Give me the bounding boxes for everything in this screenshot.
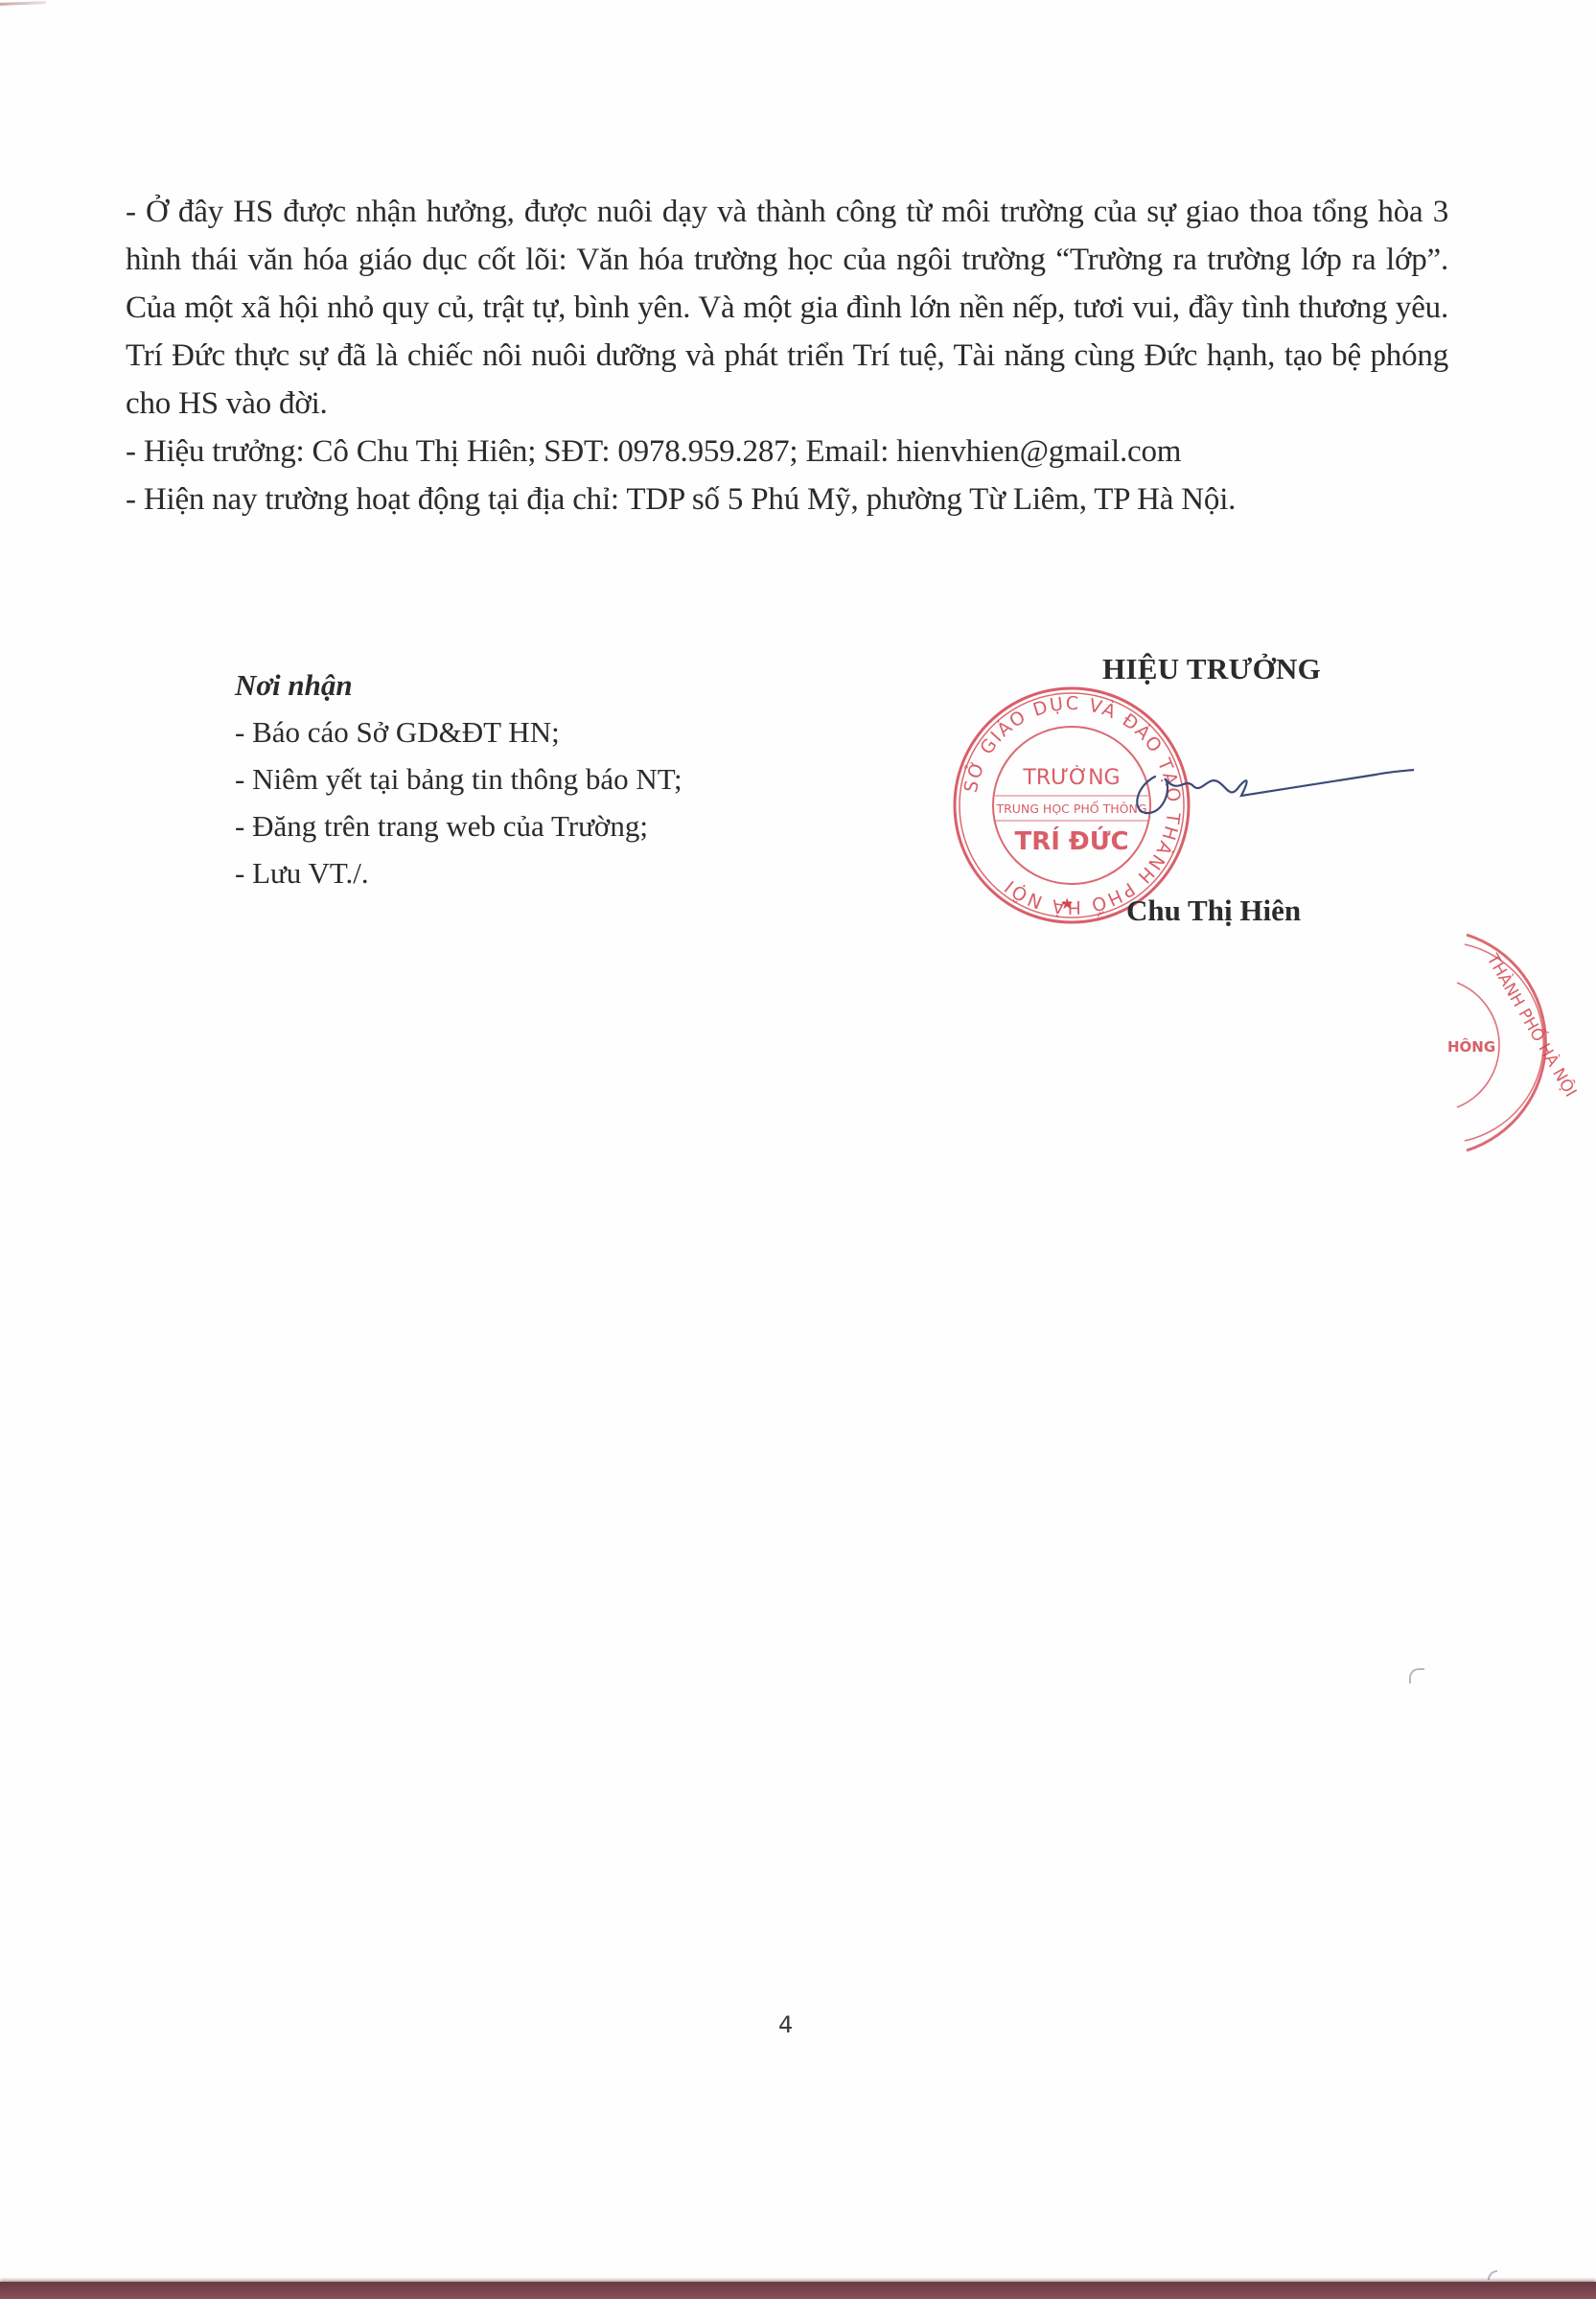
recipient-item: - Niêm yết tại bảng tin thông báo NT; bbox=[235, 755, 682, 802]
svg-text:TRUNG HỌC PHỔ THÔNG: TRUNG HỌC PHỔ THÔNG bbox=[995, 801, 1146, 816]
handwritten-signature-icon bbox=[1126, 757, 1414, 824]
svg-text:TRÍ ĐỨC: TRÍ ĐỨC bbox=[1014, 825, 1128, 856]
page-number: 4 bbox=[778, 2011, 793, 2038]
svg-text:TRƯỜNG: TRƯỜNG bbox=[1022, 765, 1120, 790]
recipient-item: - Đăng trên trang web của Trường; bbox=[235, 802, 682, 849]
page-bottom-edge bbox=[0, 2282, 1596, 2299]
recipients-title: Nơi nhận bbox=[235, 662, 682, 708]
svg-text:HÔNG: HÔNG bbox=[1447, 1037, 1495, 1056]
body-text: - Ở đây HS được nhận hưởng, được nuôi dạ… bbox=[126, 188, 1448, 523]
partial-stamp-icon: HÔNG THÀNH PHỐ HÀ NỘI bbox=[1438, 916, 1596, 1165]
recipient-item: - Lưu VT./. bbox=[235, 849, 682, 896]
scan-speck bbox=[1488, 2270, 1497, 2280]
paragraph-address: - Hiện nay trường hoạt động tại địa chỉ:… bbox=[126, 476, 1448, 523]
document-page: - Ở đây HS được nhận hưởng, được nuôi dạ… bbox=[0, 0, 1596, 2299]
paragraph-school-culture: - Ở đây HS được nhận hưởng, được nuôi dạ… bbox=[126, 188, 1448, 428]
svg-text:★: ★ bbox=[1060, 894, 1074, 913]
scan-speck bbox=[1409, 1668, 1424, 1684]
scan-mark bbox=[0, 1, 46, 6]
signer-name: Chu Thị Hiên bbox=[1126, 894, 1301, 928]
svg-text:THÀNH PHỐ HÀ NỘI: THÀNH PHỐ HÀ NỘI bbox=[1482, 948, 1584, 1101]
recipient-item: - Báo cáo Sở GD&ĐT HN; bbox=[235, 708, 682, 755]
recipients-block: Nơi nhận - Báo cáo Sở GD&ĐT HN; - Niêm y… bbox=[235, 662, 682, 896]
paragraph-principal-contact: - Hiệu trưởng: Cô Chu Thị Hiên; SĐT: 097… bbox=[126, 428, 1448, 476]
